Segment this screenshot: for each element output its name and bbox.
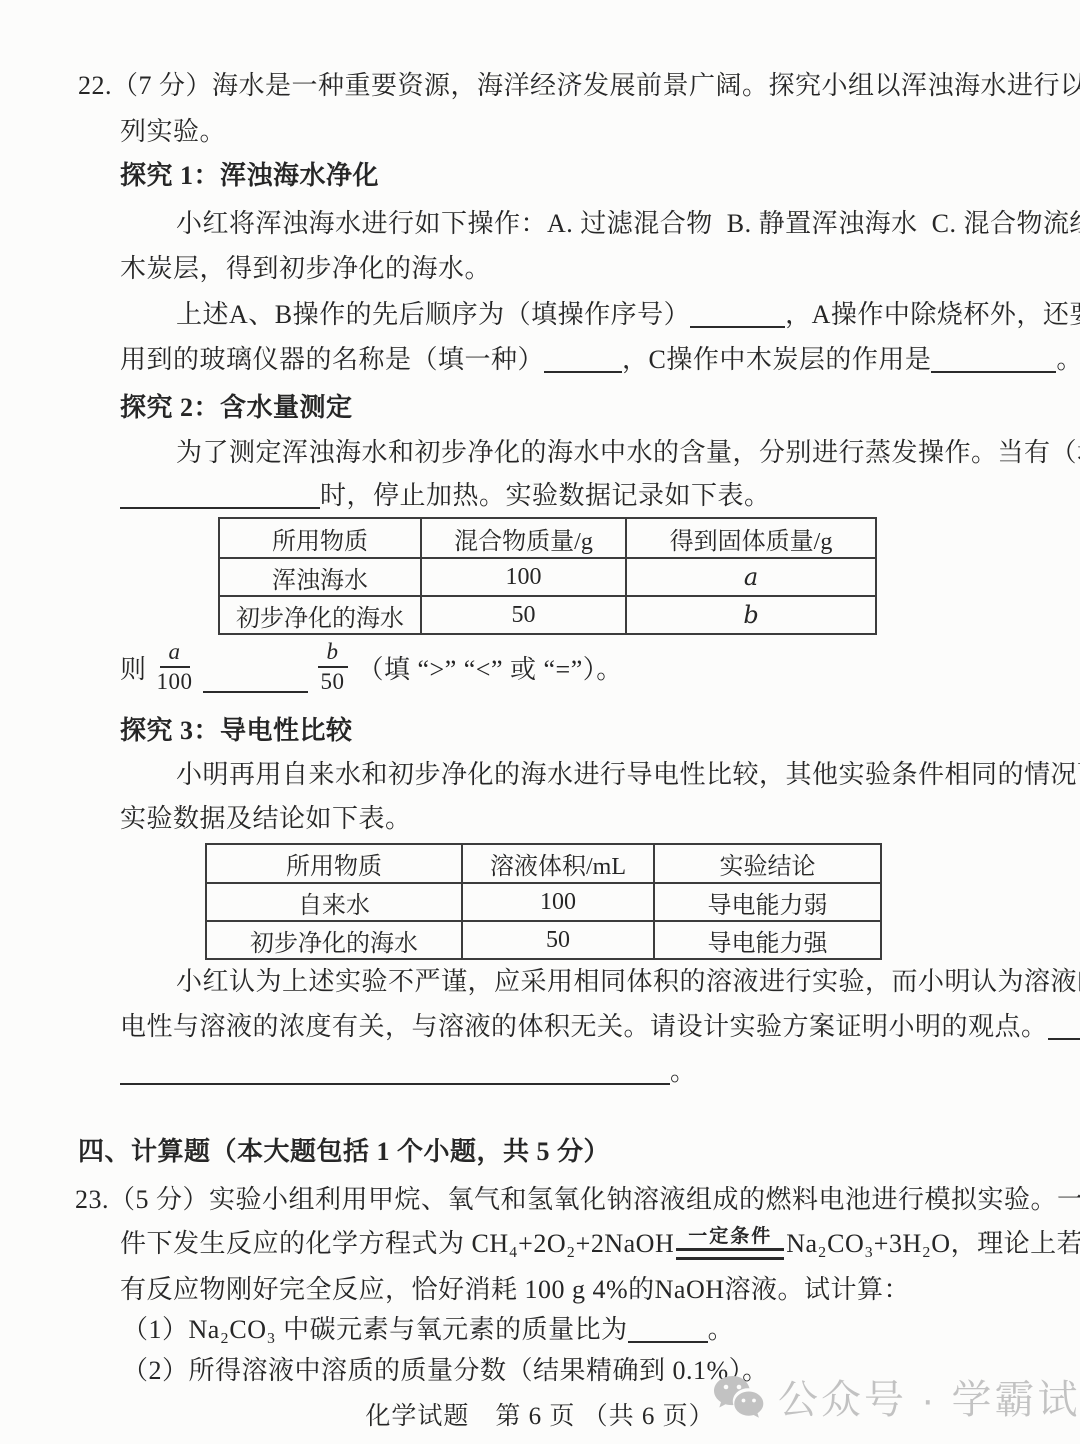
table-cell: 100 <box>421 558 626 596</box>
table-header-cell: 溶液体积/mL <box>462 844 654 883</box>
table-row: 初步净化的海水 50 导电能力强 <box>206 921 881 959</box>
watermark: 公众号 · 学霸试卷库 <box>712 1368 1080 1425</box>
table-cell: a <box>626 558 876 596</box>
table-header-cell: 得到固体质量/g <box>626 518 876 558</box>
table-cell: 100 <box>462 883 654 921</box>
reaction-condition: 一定条件 <box>676 1226 784 1261</box>
q22-s1-question-line-1: 上述A、B操作的先后顺序为（填操作序号），A操作中除烧杯外，还要 <box>176 297 1080 333</box>
fraction-a-over-100: a100 <box>157 639 193 696</box>
table-header-row: 所用物质 混合物质量/g 得到固体质量/g <box>219 518 876 558</box>
table-header-cell: 实验结论 <box>654 844 881 883</box>
exam-page: 22.（7 分）海水是一种重要资源，海洋经济发展前景广阔。探究小组以浑浊海水进行… <box>0 0 1080 1444</box>
q22-section1-title: 探究 1：浑浊海水净化 <box>120 158 379 194</box>
fill-in-blank-scheme-continued <box>120 1059 670 1085</box>
fill-in-blank-compare <box>203 667 308 693</box>
q23-item-2: （2）所得溶液中溶质的质量分数（结果精确到 0.1%）。 <box>122 1353 769 1389</box>
table-header-cell: 所用物质 <box>219 518 421 558</box>
q22-section2-title: 探究 2：含水量测定 <box>120 390 353 426</box>
table-cell: b <box>626 596 876 634</box>
q22-fraction-compare-line: 则 a100 b50 （填 “>” “<” 或 “=”）。 <box>120 634 623 700</box>
table-header-cell: 混合物质量/g <box>421 518 626 558</box>
water-content-table: 所用物质 混合物质量/g 得到固体质量/g 浑浊海水 100 a 初步净化的海水… <box>218 517 877 635</box>
q22-s1-question-line-2: 用到的玻璃仪器的名称是（填一种），C操作中木炭层的作用是。 <box>120 342 1080 378</box>
q22-s2-para-line-1: 为了测定浑浊海水和初步净化的海水中水的含量，分别进行蒸发操作。当有（填现象） <box>176 435 1080 471</box>
q22-s3-conclusion-line-3: 。 <box>120 1054 697 1090</box>
fraction-b-over-50: b50 <box>318 639 348 696</box>
table-header-row: 所用物质 溶液体积/mL 实验结论 <box>206 844 881 883</box>
table-cell: 自来水 <box>206 883 462 921</box>
section4-title: 四、计算题（本大题包括 1 个小题，共 5 分） <box>78 1134 610 1170</box>
q22-s1-para-line-1: 小红将浑浊海水进行如下操作：A. 过滤混合物 B. 静置浑浊海水 C. 混合物流… <box>176 206 1080 242</box>
reaction-condition-label: 一定条件 <box>688 1226 772 1248</box>
table-cell: 浑浊海水 <box>219 558 421 596</box>
wechat-icon <box>712 1374 766 1420</box>
fill-in-blank-charcoal-role <box>931 347 1056 373</box>
double-equals-line <box>676 1248 784 1260</box>
table-cell: 初步净化的海水 <box>219 596 421 634</box>
table-cell: 初步净化的海水 <box>206 921 462 959</box>
table-cell: 导电能力强 <box>654 921 881 959</box>
table-row: 浑浊海水 100 a <box>219 558 876 596</box>
table-cell: 50 <box>462 921 654 959</box>
fill-in-blank-mass-ratio <box>628 1317 708 1343</box>
q22-s3-conclusion-line-2: 电性与溶液的浓度有关，与溶液的体积无关。请设计实验方案证明小明的观点。 <box>120 1009 1080 1045</box>
q22-intro-line-2: 列实验。 <box>120 114 226 150</box>
conductivity-table: 所用物质 溶液体积/mL 实验结论 自来水 100 导电能力弱 初步净化的海水 … <box>205 843 882 960</box>
q22-number: 22. <box>78 71 112 100</box>
fill-in-blank-glassware <box>544 347 622 373</box>
q22-section3-title: 探究 3：导电性比较 <box>120 713 353 749</box>
q22-s3-para-line-2: 实验数据及结论如下表。 <box>120 801 412 837</box>
table-cell: 导电能力弱 <box>654 883 881 921</box>
q22-intro-line-1: 22.（7 分）海水是一种重要资源，海洋经济发展前景广阔。探究小组以浑浊海水进行… <box>78 68 1080 104</box>
table-header-cell: 所用物质 <box>206 844 462 883</box>
fill-in-blank-order <box>690 302 785 328</box>
table-row: 自来水 100 导电能力弱 <box>206 883 881 921</box>
table-cell: 50 <box>421 596 626 634</box>
q23-equation-line: 件下发生反应的化学方程式为 CH₄+2O₂+2NaOH 一定条件 Na₂CO₃+… <box>120 1212 1080 1270</box>
q22-s3-conclusion-line-1: 小红认为上述实验不严谨，应采用相同体积的溶液进行实验，而小明认为溶液的导 <box>176 964 1080 1000</box>
q22-s3-para-line-1: 小明再用自来水和初步净化的海水进行导电性比较，其他实验条件相同的情况下， <box>176 757 1080 793</box>
watermark-text: 公众号 · 学霸试卷库 <box>778 1368 1080 1425</box>
fill-in-blank-phenomenon <box>120 483 320 509</box>
q23-line-3: 有反应物刚好完全反应，恰好消耗 100 g 4%的NaOH溶液。试计算： <box>120 1272 910 1308</box>
q23-item-1: （1）Na₂CO₃ 中碳元素与氧元素的质量比为。 <box>122 1312 734 1348</box>
q23-number: 23. <box>75 1185 109 1214</box>
equation-right-side: Na₂CO₃+3H₂O，理论上若所 <box>786 1223 1080 1260</box>
equation-left-side: 件下发生反应的化学方程式为 CH₄+2O₂+2NaOH <box>120 1223 674 1260</box>
fill-in-blank-scheme-start <box>1048 1014 1080 1040</box>
q22-s1-para-line-2: 木炭层，得到初步净化的海水。 <box>120 251 491 287</box>
q22-s2-para-line-2: 时，停止加热。实验数据记录如下表。 <box>120 478 771 514</box>
table-row: 初步净化的海水 50 b <box>219 596 876 634</box>
